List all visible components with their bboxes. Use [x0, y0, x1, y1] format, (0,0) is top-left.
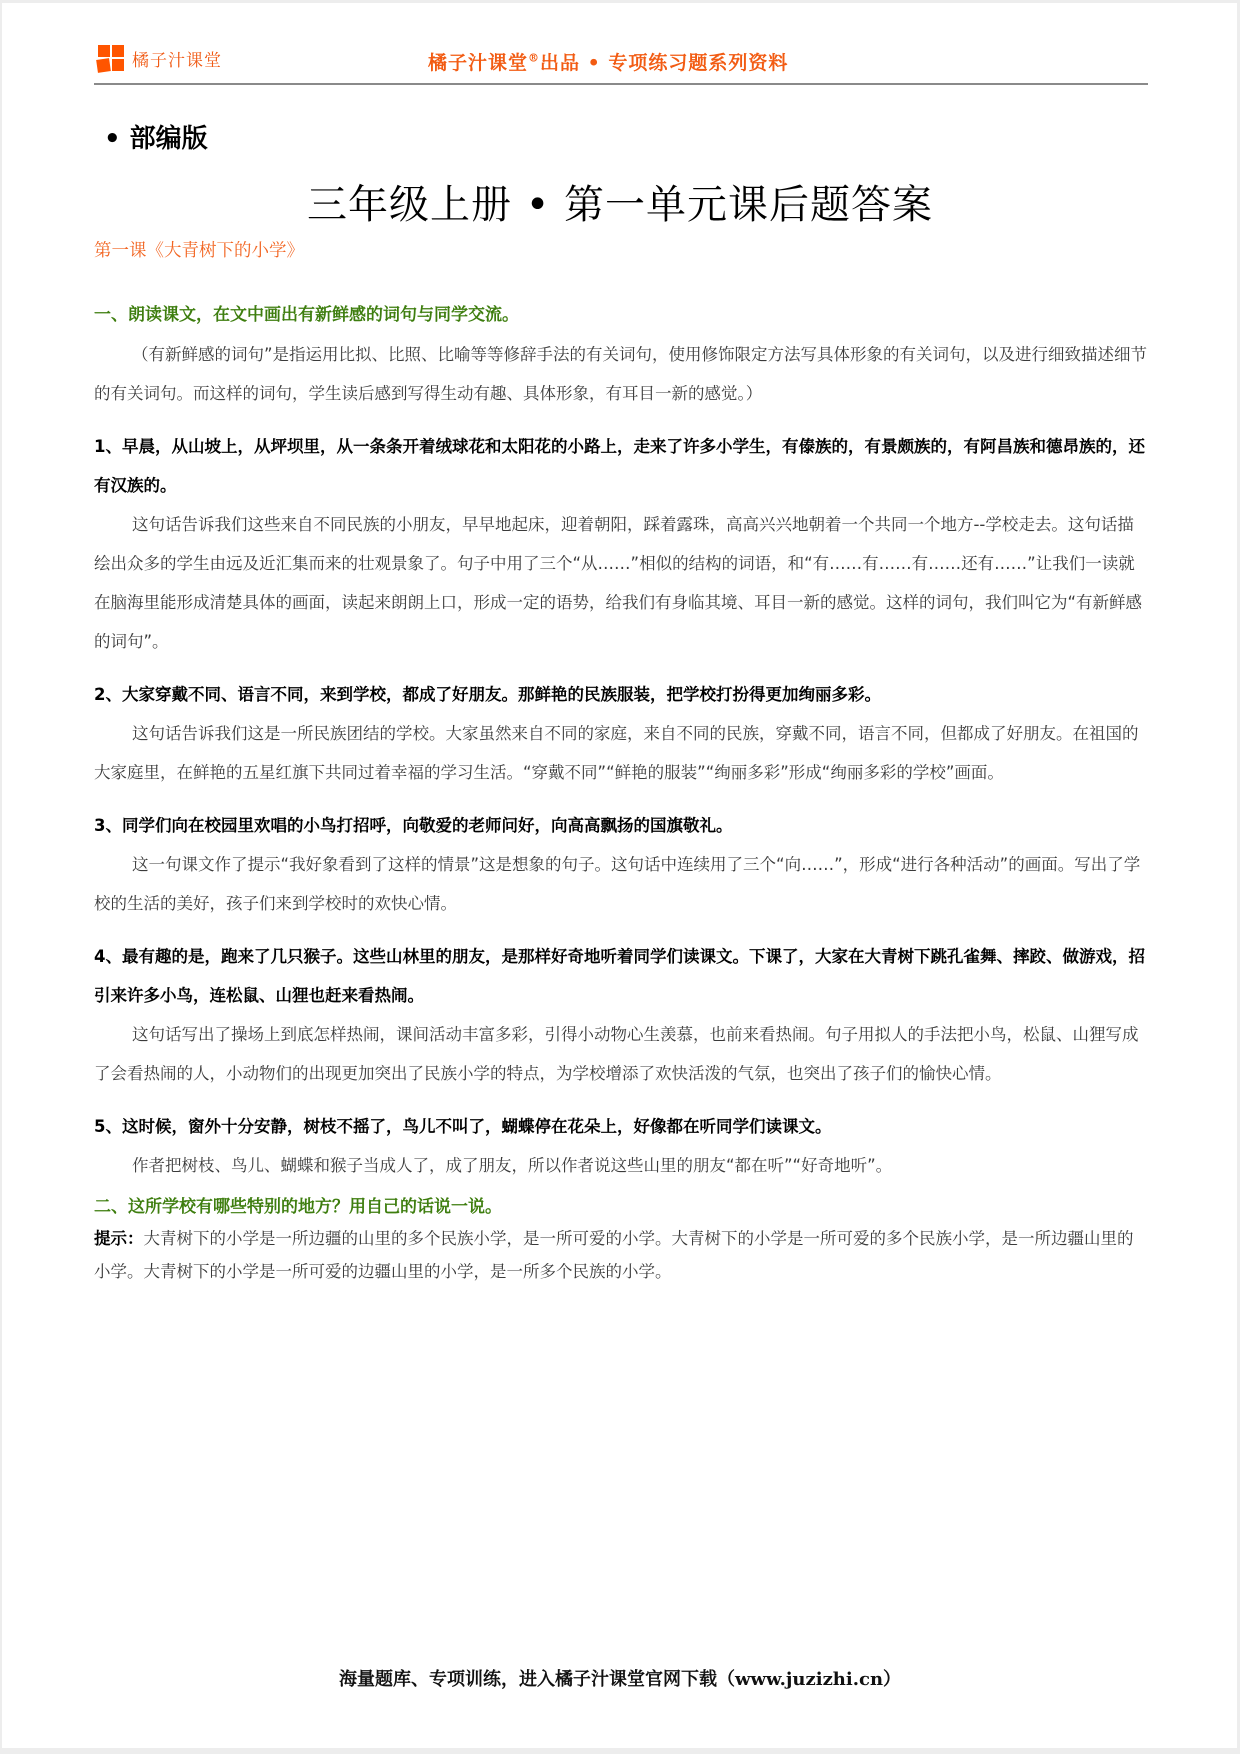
answer-5: 作者把树枝、鸟儿、蝴蝶和猴子当成人了，成了朋友，所以作者说这些山里的朋友“都在听… — [94, 1146, 1148, 1185]
header-title-series: 出品 • 专项练习题系列资料 — [540, 52, 788, 74]
tip-label: 提示： — [94, 1229, 144, 1248]
question-2-heading: 二、这所学校有哪些特别的地方？用自己的话说一说。 — [94, 1192, 1148, 1222]
brand-logo-icon — [96, 44, 124, 72]
document-title: 三年级上册 • 第一单元课后题答案 — [0, 173, 1240, 230]
answer-2: 这句话告诉我们这是一所民族团结的学校。大家虽然来自不同的家庭，来自不同的民族，穿… — [94, 714, 1148, 792]
document-body: 第一课《大青树下的小学》 一、朗读课文，在文中画出有新鲜感的词句与同学交流。 （… — [94, 232, 1148, 1288]
brand-name: 橘子汁课堂 — [132, 46, 222, 71]
sentence-3: 3、同学们向在校园里欢唱的小鸟打招呼，向敬爱的老师问好，向高高飘扬的国旗敬礼。 — [94, 806, 1148, 845]
question-1-intro: （有新鲜感的词句”是指运用比拟、比照、比喻等等修辞手法的有关词句，使用修饰限定方… — [94, 335, 1148, 413]
page-header: 橘子汁课堂 橘子汁课堂®出品 • 专项练习题系列资料 — [94, 38, 1148, 84]
answer-1: 这句话告诉我们这些来自不同民族的小朋友，早早地起床，迎着朝阳，踩着露珠，高高兴兴… — [94, 505, 1148, 661]
question-1-heading: 一、朗读课文，在文中画出有新鲜感的词句与同学交流。 — [94, 296, 1148, 335]
sentence-1: 1、早晨，从山坡上，从坪坝里，从一条条开着绒球花和太阳花的小路上，走来了许多小学… — [94, 427, 1148, 505]
sentence-2: 2、大家穿戴不同、语言不同，来到学校，都成了好朋友。那鲜艳的民族服装，把学校打扮… — [94, 675, 1148, 714]
sentence-5: 5、这时候，窗外十分安静，树枝不摇了，鸟儿不叫了，蝴蝶停在花朵上，好像都在听同学… — [94, 1107, 1148, 1146]
header-title: 橘子汁课堂®出品 • 专项练习题系列资料 — [428, 48, 788, 75]
registered-mark: ® — [528, 52, 540, 65]
tip-text: 大青树下的小学是一所边疆的山里的多个民族小学，是一所可爱的小学。大青树下的小学是… — [94, 1229, 1134, 1281]
lesson-title: 第一课《大青树下的小学》 — [94, 232, 1148, 271]
header-title-brand: 橘子汁课堂 — [428, 52, 528, 74]
edition-label: • 部编版 — [104, 118, 208, 155]
header-divider — [94, 83, 1148, 85]
answer-4: 这句话写出了操场上到底怎样热闹，课间活动丰富多彩，引得小动物心生羡慕，也前来看热… — [94, 1015, 1148, 1093]
sentence-4: 4、最有趣的是，跑来了几只猴子。这些山林里的朋友，是那样好奇地听着同学们读课文。… — [94, 937, 1148, 1015]
page-footer: 海量题库、专项训练，进入橘子汁课堂官网下载（www.juzizhi.cn） — [0, 1665, 1240, 1691]
answer-3: 这一句课文作了提示“我好象看到了这样的情景”这是想象的句子。这句话中连续用了三个… — [94, 845, 1148, 923]
question-2-tip: 提示：大青树下的小学是一所边疆的山里的多个民族小学，是一所可爱的小学。大青树下的… — [94, 1222, 1148, 1288]
